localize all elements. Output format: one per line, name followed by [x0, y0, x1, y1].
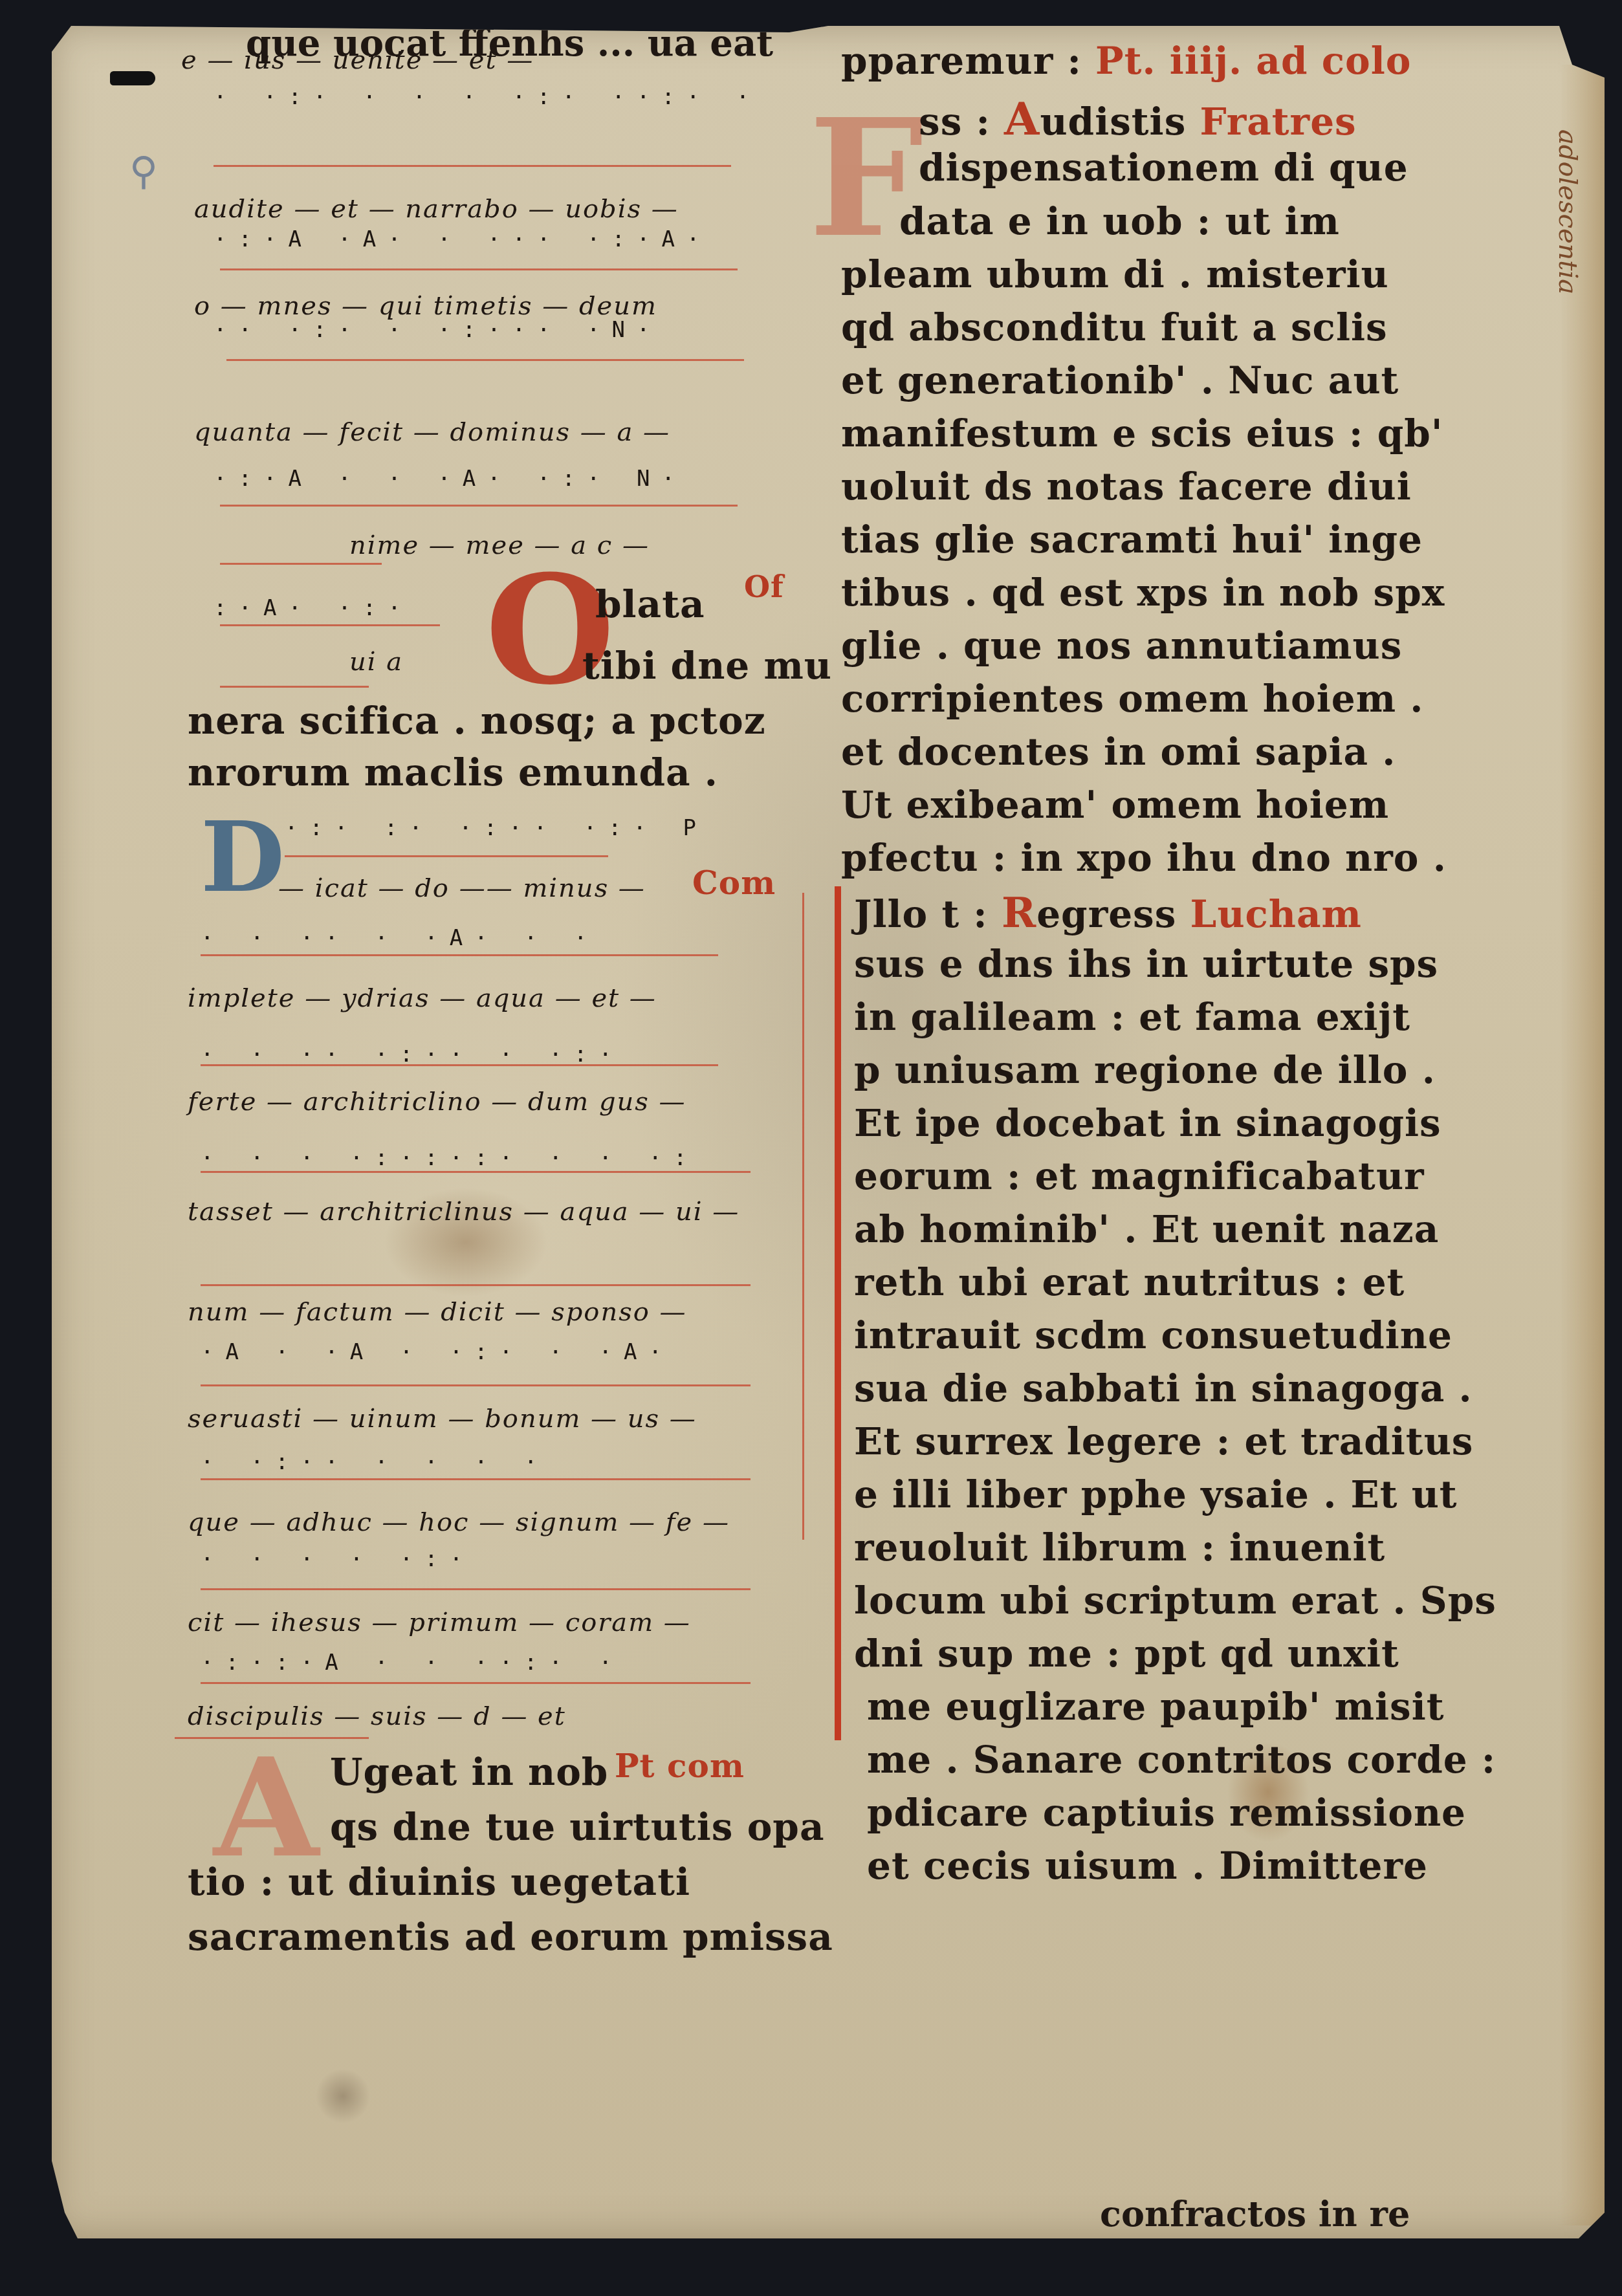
text-line: pfectu : in xpo ihu dno nro . [841, 836, 1447, 880]
neumes: · ·:· · · · ·:· ··:· · [214, 84, 761, 110]
initial-d: D [201, 809, 285, 906]
staff-line [226, 359, 744, 361]
text-line: p uniusam regione de illo . [854, 1048, 1436, 1092]
postcommunion-line: sacramentis ad eorum pmissa [188, 1915, 833, 1959]
text-line: ss : Audistis Fratres [919, 92, 1357, 146]
pencil-mark-icon: ⚲ [129, 149, 158, 194]
offertory-line: blata [595, 582, 705, 626]
staff-line [201, 1588, 751, 1590]
text-line: in galileam : et fama exijt [854, 995, 1410, 1039]
text-line: sus e dns ihs in uirtute sps [854, 942, 1438, 986]
initial-a: A [214, 1740, 319, 1876]
text-line: e illi liber pphe ysaie . Et ut [854, 1472, 1458, 1516]
line-text: pparemur : [841, 39, 1095, 83]
staff-line [201, 1284, 751, 1286]
text-line: sua die sabbati in sinagoga . [854, 1366, 1473, 1410]
text-line: me . Sanare contritos corde : [867, 1738, 1496, 1782]
neumes: ·· ·:· · ·:··· ·N· [214, 317, 661, 343]
rubric-initial: A [1004, 92, 1040, 146]
communion-rubric: Com [692, 864, 776, 902]
chant-lyric: num — factum — dicit — sponso — [188, 1297, 687, 1327]
text-line: tibus . qd est xps in nob spx [841, 571, 1445, 615]
text-line: Et ipe docebat in sinagogis [854, 1101, 1441, 1145]
text-line: Et surrex legere : et traditus [854, 1419, 1473, 1463]
chant-lyric: implete — ydrias — aqua — et — [188, 983, 657, 1013]
text-line: pparemur : Pt. iiij. ad colo [841, 39, 1411, 83]
staff-line [201, 1682, 751, 1684]
staff-line [220, 563, 382, 565]
neumes: ·:·A · · ·A· ·:· N· [214, 466, 686, 492]
chant-lyric: o — mnes — qui timetis — deum [194, 291, 657, 321]
text-line: ab hominib' . Et uenit naza [854, 1207, 1439, 1251]
chant-lyric: ferte — architriclino — dum gus — [188, 1087, 686, 1117]
text-line: corripientes omem hoiem . [841, 677, 1423, 721]
chant-lyric: ui a [349, 647, 403, 677]
text-line: pdicare captiuis remissione [867, 1791, 1466, 1835]
offertory-rubric: Of [744, 569, 784, 604]
postcommunion-rubric: Pt com [615, 1747, 745, 1785]
text-line: glie . que nos annutiamus [841, 624, 1402, 668]
rubric: Pt. iiij. ad colo [1095, 39, 1411, 83]
text-line: Jllo t : Regress Lucham [854, 889, 1362, 937]
margin-note: adolescentia [1553, 129, 1583, 294]
ink-blot [110, 71, 155, 85]
line-text: udistis [1040, 100, 1200, 144]
neumes: ·:· :· ·:·· ·:· P [285, 815, 708, 841]
text-line: manifestum e scis eius : qb' [841, 411, 1443, 455]
text-line: pleam ubum di . misteriu [841, 252, 1389, 296]
line-text: Jllo t : [854, 892, 1002, 936]
offertory-line: tibi dne mu [582, 644, 832, 688]
text-line: locum ubi scriptum erat . Sps [854, 1579, 1496, 1623]
text-line: et generationib' . Nuc aut [841, 358, 1399, 402]
offertory-line: nera scifica . nosq; a pctoz [188, 699, 766, 743]
staff-line [201, 954, 718, 956]
text-line: qd absconditu fuit a sclis [841, 305, 1388, 349]
chant-lyric: — icat — do —— minus — [278, 873, 646, 903]
postcommunion-line: qs dne tue uirtutis opa [330, 1805, 824, 1849]
text-line: eorum : et magnificabatur [854, 1154, 1425, 1198]
rubric: Lucham [1190, 892, 1362, 936]
staff-line [201, 1478, 751, 1480]
neumes: · · ·· ·:·· · ·:· [201, 1042, 624, 1067]
staff-line [220, 686, 369, 688]
staff-line [285, 855, 608, 857]
chant-lyric: cit — ihesus — primum — coram — [188, 1608, 691, 1637]
staff-line [201, 1064, 718, 1066]
neumes: ·:·:·A · · ··:· · [201, 1650, 624, 1676]
text-line: Ut exibeam' omem hoiem [841, 783, 1389, 827]
staff-line [201, 1171, 751, 1173]
chant-lyric: audite — et — narrabo — uobis — [194, 194, 679, 224]
text-line: me euglizare paupib' misit [867, 1685, 1445, 1729]
neumes: · · · ·:·:·:· · · ·: [201, 1145, 698, 1171]
line-text: ss : [919, 100, 1004, 144]
chant-lyric: que — adhuc — hoc — signum — fe — [188, 1507, 730, 1537]
line-text: egress [1036, 892, 1190, 936]
rubric: Fratres [1200, 100, 1357, 144]
text-line: dispensationem di que [919, 146, 1408, 190]
chant-lyric: discipulis — suis — d — et [188, 1701, 566, 1731]
text-line: et cecis uisum . Dimittere [867, 1844, 1428, 1888]
neumes: :·A· ·:· [214, 595, 413, 621]
penwork-flourish [802, 893, 804, 1540]
catchword: confractos in re [1100, 2193, 1410, 2235]
text-line: dni sup me : ppt qd unxit [854, 1632, 1399, 1676]
text-line: reuoluit librum : inuenit [854, 1525, 1385, 1569]
offertory-line: nrorum maclis emunda . [188, 750, 718, 794]
neumes: · ·:·· · · · · [201, 1449, 549, 1475]
text-line: et docentes in omi sapia . [841, 730, 1396, 774]
staff-line [220, 268, 738, 270]
neumes: ·:·A ·A· · ··· ·:·A· [214, 226, 711, 252]
text-line: intrauit scdm consuetudine [854, 1313, 1452, 1357]
staff-line [220, 624, 440, 626]
text-line: tias glie sacramti hui' inge [841, 518, 1423, 562]
postcommunion-line: tio : ut diuinis uegetati [188, 1860, 690, 1904]
postcommunion-line: Ugeat in nob [330, 1750, 608, 1794]
flourished-initial-i [835, 886, 841, 1740]
rubric-initial: R [1002, 889, 1036, 937]
staff-line [220, 505, 738, 507]
chant-lyric: seruasti — uinum — bonum — us — [188, 1404, 697, 1434]
chant-lyric: quanta — fecit — dominus — a — [194, 417, 670, 447]
neumes: · · ·· · ·A· · · [201, 925, 599, 951]
neumes: ·A · ·A · ·:· · ·A· [201, 1339, 674, 1365]
text-line: uoluit ds notas facere diui [841, 465, 1412, 508]
text-line: data e in uob : ut im [899, 199, 1340, 243]
neumes: · · · · ·:· [201, 1546, 474, 1572]
chant-lyric: tasset — architriclinus — aqua — ui — [188, 1197, 740, 1227]
manuscript-leaf: que uocat ffenhs ... ua eat ⚲ adolescent… [52, 26, 1605, 2238]
staff-line [214, 165, 731, 167]
text-line: reth ubi erat nutritus : et [854, 1260, 1405, 1304]
parchment-edge [1559, 65, 1605, 2225]
chant-lyric: e — ius — uenite — et — [181, 45, 534, 75]
staff-line [201, 1384, 751, 1386]
